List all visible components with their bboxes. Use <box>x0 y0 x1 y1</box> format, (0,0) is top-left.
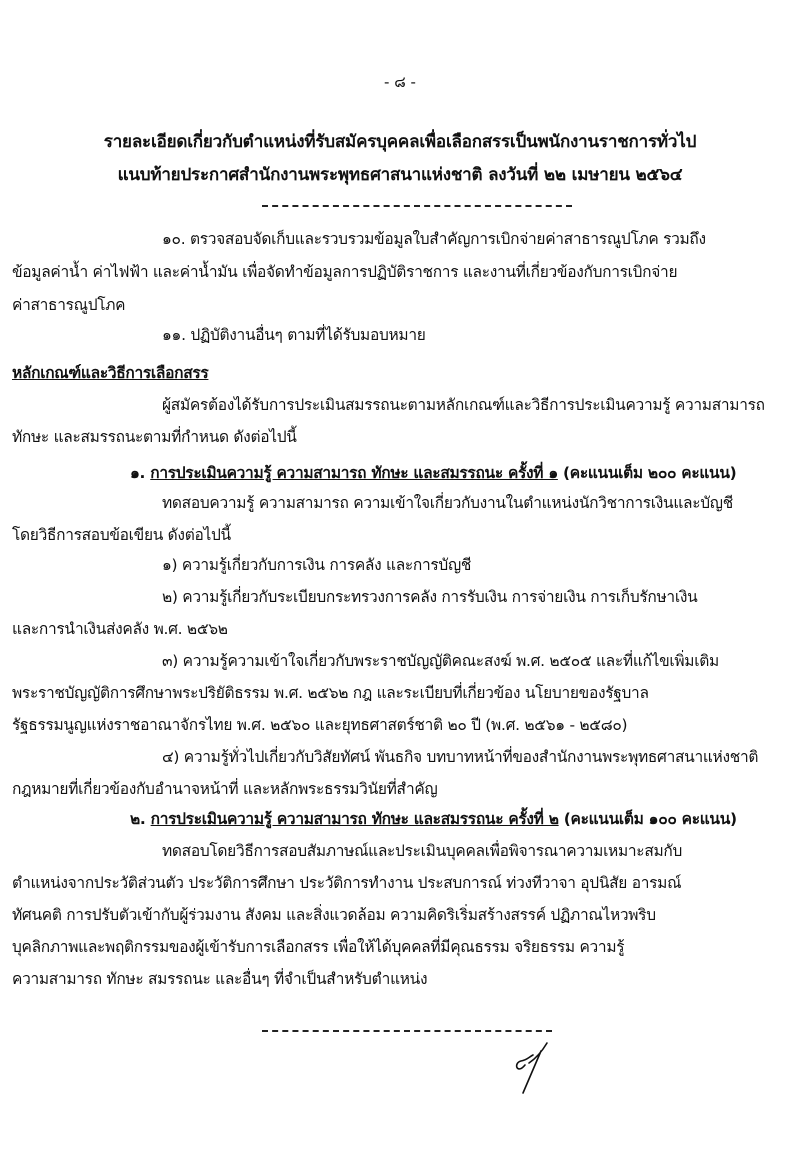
section-1-item-2-line2: และการนำเงินส่งคลัง พ.ศ. ๒๕๖๒ <box>12 616 228 641</box>
document-page: - ๘ - รายละเอียดเกี่ยวกับตำแหน่งที่รับสม… <box>0 0 800 1166</box>
document-title-line1: รายละเอียดเกี่ยวกับตำแหน่งที่รับสมัครบุค… <box>0 128 800 155</box>
section-2-number: ๒. <box>130 810 146 828</box>
criteria-intro-line2: ทักษะ และสมรรถนะตามที่กำหนด ดังต่อไปนี้ <box>12 424 297 449</box>
section-2-title: การประเมินความรู้ ความสามารถ ทักษะ และสม… <box>151 810 559 828</box>
section-1-item-4-line2: กฎหมายที่เกี่ยวข้องกับอำนาจหน้าที่ และหล… <box>12 776 437 801</box>
criteria-intro-line1: ผู้สมัครต้องได้รับการประเมินสมรรถนะตามหล… <box>162 392 765 417</box>
section-1-item-3-line1: ๓) ความรู้ความเข้าใจเกี่ยวกับพระราชบัญญั… <box>162 648 719 673</box>
section-1-heading: ๑. การประเมินความรู้ ความสามารถ ทักษะ แล… <box>130 460 736 485</box>
signature-icon <box>505 1035 555 1095</box>
criteria-heading: หลักเกณฑ์และวิธีการเลือกสรร <box>12 360 208 385</box>
section-2-desc-line2: ตำแหน่งจากประวัติส่วนตัว ประวัติการศึกษา… <box>12 870 681 895</box>
page-number: - ๘ - <box>0 70 800 94</box>
section-1-item-1: ๑) ความรู้เกี่ยวกับการเงิน การคลัง และกา… <box>162 552 471 577</box>
section-2-desc-line3: ทัศนคติ การปรับตัวเข้ากับผู้ร่วมงาน สังค… <box>12 902 656 927</box>
document-title-line2: แนบท้ายประกาศสำนักงานพระพุทธศาสนาแห่งชาต… <box>0 161 800 188</box>
duty-11-line1: ๑๑. ปฏิบัติงานอื่นๆ ตามที่ได้รับมอบหมาย <box>162 322 426 347</box>
section-1-item-3-line2: พระราชบัญญัติการศึกษาพระปริยัติธรรม พ.ศ.… <box>12 680 649 705</box>
section-1-number: ๑. <box>130 464 145 482</box>
section-2-desc-line1: ทดสอบโดยวิธีการสอบสัมภาษณ์และประเมินบุคค… <box>162 838 682 863</box>
duty-10-line2: ข้อมูลค่าน้ำ ค่าไฟฟ้า และค่าน้ำมัน เพื่อ… <box>12 259 677 284</box>
footer-divider <box>262 1030 552 1032</box>
section-1-desc-line1: ทดสอบความรู้ ความสามารถ ความเข้าใจเกี่ยว… <box>162 490 733 515</box>
section-1-item-4-line1: ๔) ความรู้ทั่วไปเกี่ยวกับวิสัยทัศน์ พันธ… <box>162 744 758 769</box>
section-2-score: (คะแนนเต็ม ๑๐๐ คะแนน) <box>564 810 737 828</box>
duty-10-line1: ๑๐. ตรวจสอบจัดเก็บและรวบรวมข้อมูลใบสำคัญ… <box>162 226 706 251</box>
section-1-title: การประเมินความรู้ ความสามารถ ทักษะ และสม… <box>150 464 558 482</box>
title-divider <box>262 205 572 207</box>
section-1-score: (คะแนนเต็ม ๒๐๐ คะแนน) <box>563 464 736 482</box>
section-1-item-2-line1: ๒) ความรู้เกี่ยวกับระเบียบกระทรวงการคลัง… <box>162 584 697 609</box>
section-2-heading: ๒. การประเมินความรู้ ความสามารถ ทักษะ แล… <box>130 806 737 831</box>
section-2-desc-line4: บุคลิกภาพและพฤติกรรมของผู้เข้ารับการเลือ… <box>12 934 624 959</box>
duty-10-line3: ค่าสาธารณูปโภค <box>12 292 125 317</box>
section-1-item-3-line3: รัฐธรรมนูญแห่งราชอาณาจักรไทย พ.ศ. ๒๕๖๐ แ… <box>12 712 627 737</box>
section-1-desc-line2: โดยวิธีการสอบข้อเขียน ดังต่อไปนี้ <box>12 522 231 547</box>
section-2-desc-line5: ความสามารถ ทักษะ สมรรถนะ และอื่นๆ ที่จำเ… <box>12 966 427 991</box>
